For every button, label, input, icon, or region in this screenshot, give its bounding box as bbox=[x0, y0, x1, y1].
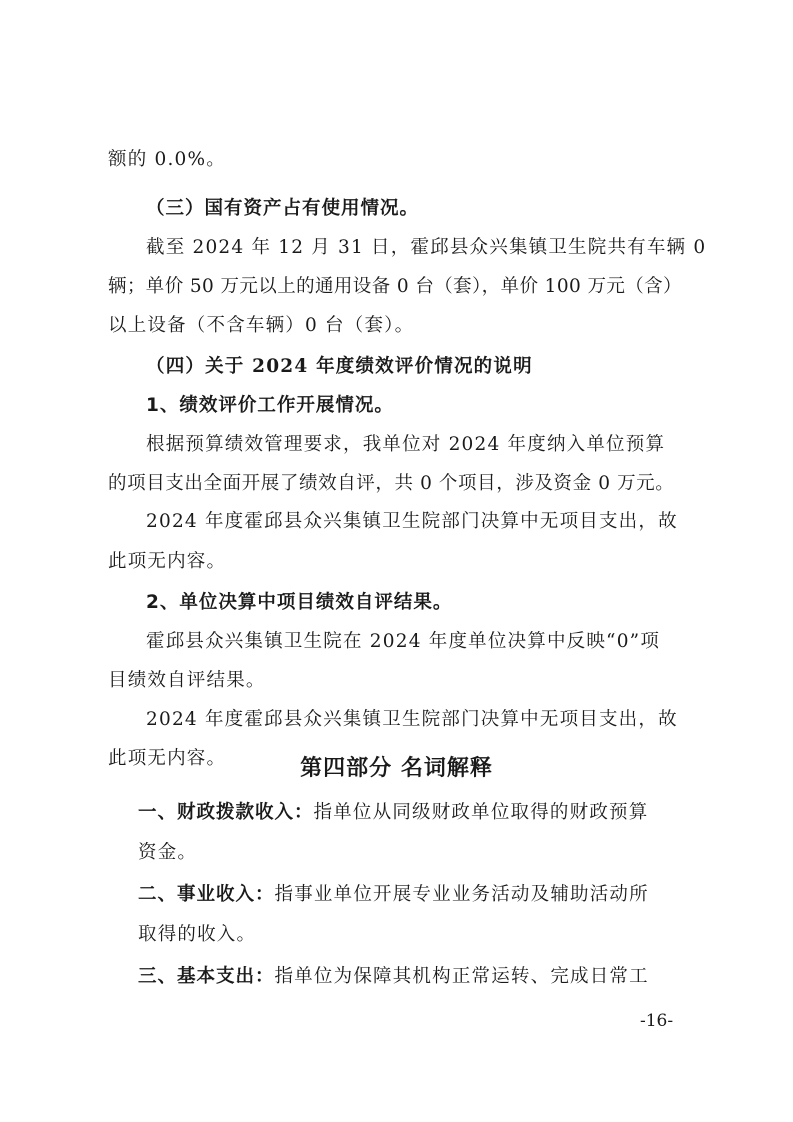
page-number: -16- bbox=[640, 1011, 673, 1031]
paragraph-line: 的项目支出全面开展了绩效自评，共 0 个项目，涉及资金 0 万元。 bbox=[108, 472, 692, 496]
paragraph-line: 辆；单价 50 万元以上的通用设备 0 台（套），单价 100 万元（含） bbox=[108, 275, 692, 299]
section-heading: 第四部分 名词解释 bbox=[0, 756, 793, 780]
term-continuation: 取得的收入。 bbox=[138, 923, 722, 947]
paragraph-line: 以上设备（不含车辆）0 台（套）。 bbox=[108, 314, 692, 338]
paragraph-line: 2024 年度霍邱县众兴集镇卫生院部门决算中无项目支出，故 bbox=[146, 708, 692, 732]
term-definition: 指单位为保障其机构正常运转、完成日常工 bbox=[275, 966, 649, 987]
term-definition-line: 二、事业收入：指事业单位开展专业业务活动及辅助活动所 bbox=[138, 883, 694, 907]
term-label: 三、基本支出： bbox=[138, 966, 275, 987]
term-label: 一、财政拨款收入： bbox=[138, 802, 314, 823]
paragraph-line: 目绩效自评结果。 bbox=[108, 669, 692, 693]
paragraph-line: 霍邱县众兴集镇卫生院在 2024 年度单位决算中反映“0”项 bbox=[146, 630, 692, 654]
term-definition-line: 一、财政拨款收入：指单位从同级财政单位取得的财政预算 bbox=[138, 801, 694, 825]
subsection-heading-assets: （三）国有资产占有使用情况。 bbox=[146, 197, 692, 221]
term-definition: 指事业单位开展专业业务活动及辅助活动所 bbox=[275, 884, 649, 905]
paragraph-line: 额的 0.0%。 bbox=[108, 148, 692, 172]
paragraph-line: 截至 2024 年 12 月 31 日，霍邱县众兴集镇卫生院共有车辆 0 bbox=[146, 236, 692, 260]
term-continuation: 资金。 bbox=[138, 841, 722, 865]
item-heading-results: 2、单位决算中项目绩效自评结果。 bbox=[146, 591, 692, 615]
paragraph-line: 此项无内容。 bbox=[108, 550, 692, 574]
term-definition: 指单位从同级财政单位取得的财政预算 bbox=[314, 802, 649, 823]
item-heading-evaluation: 1、绩效评价工作开展情况。 bbox=[146, 394, 692, 418]
term-label: 二、事业收入： bbox=[138, 884, 275, 905]
term-definition-line: 三、基本支出：指单位为保障其机构正常运转、完成日常工 bbox=[138, 965, 694, 989]
paragraph-line: 2024 年度霍邱县众兴集镇卫生院部门决算中无项目支出，故 bbox=[146, 510, 692, 534]
paragraph-line: 根据预算绩效管理要求，我单位对 2024 年度纳入单位预算 bbox=[146, 433, 692, 457]
subsection-heading-performance: （四）关于 2024 年度绩效评价情况的说明 bbox=[146, 355, 692, 379]
